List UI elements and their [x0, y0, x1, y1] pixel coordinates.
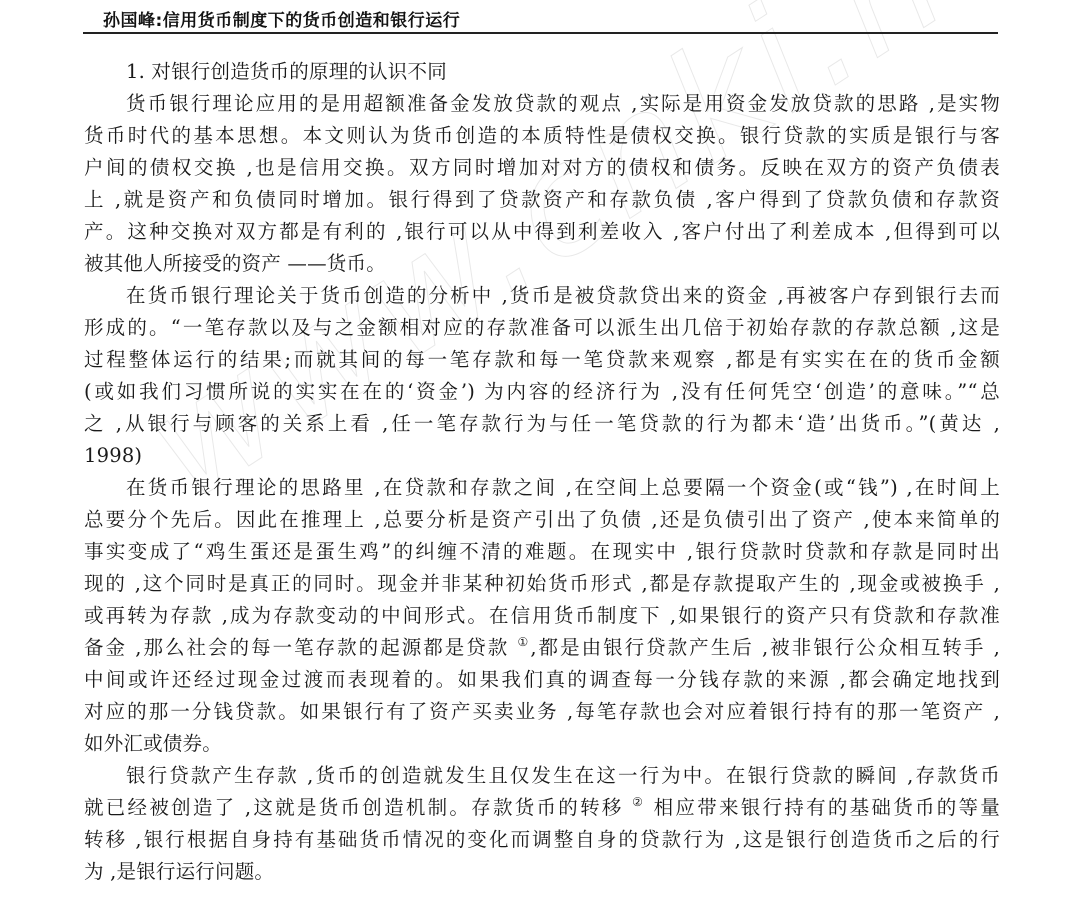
- line-text: 就已经被创造了 ,这就是货币创造机制。存款货币的转移: [84, 796, 632, 819]
- paragraph-3-line-7: 中间或许还经过现金过渡而表现着的。如果我们真的调查每一分钱存款的来源 ,都会确定…: [84, 664, 1000, 696]
- paragraph-4-line-2: 就已经被创造了 ,这就是货币创造机制。存款货币的转移 ② 相应带来银行持有的基础…: [84, 792, 1000, 824]
- paragraph-2-line-4: (或如我们习惯所说的实实在在的‘资金’) 为内容的经济行为 ,没有任何凭空‘创造…: [84, 376, 1000, 408]
- paragraph-1-line-4: 上 ,就是资产和负债同时增加。银行得到了贷款资产和存款负债 ,客户得到了贷款负债…: [84, 184, 1000, 216]
- paragraph-4-line-3: 转移 ,银行根据自身持有基础货币情况的变化而调整自身的贷款行为 ,这是银行创造货…: [84, 824, 1000, 856]
- footnote-marker-2[interactable]: ②: [632, 795, 645, 809]
- paragraph-2-line-6: 1998): [84, 440, 1000, 472]
- paragraph-3-line-8: 对应的那一分钱贷款。如果银行有了资产买卖业务 ,每笔存款也会对应着银行持有的那一…: [84, 696, 1000, 728]
- paragraph-3-line-6: 备金 ,那么社会的每一笔存款的起源都是贷款 ①,都是由银行贷款产生后 ,被非银行…: [84, 632, 1000, 664]
- paragraph-3-line-4: 现的 ,这个同时是真正的同时。现金并非某种初始货币形式 ,都是存款提取产生的 ,…: [84, 568, 1000, 600]
- paragraph-2-line-2: 形成的。“一笔存款以及与之金额相对应的存款准备可以派生出几倍于初始存款的存款总额…: [84, 312, 1000, 344]
- running-title: 孙国峰:信用货币制度下的货币创造和银行运行: [103, 6, 460, 31]
- paragraph-1-line-1: 货币银行理论应用的是用超额准备金发放贷款的观点 ,实际是用资金发放贷款的思路 ,…: [84, 88, 1000, 120]
- paragraph-4-line-1: 银行贷款产生存款 ,货币的创造就发生且仅发生在这一行为中。在银行贷款的瞬间 ,存…: [84, 760, 1000, 792]
- line-text: 备金 ,那么社会的每一笔存款的起源都是贷款: [84, 636, 518, 659]
- line-text: ,都是由银行贷款产生后 ,被非银行公众相互转手 ,: [530, 636, 1000, 659]
- paragraph-2-line-1: 在货币银行理论关于货币创造的分析中 ,货币是被贷款贷出来的资金 ,再被客户存到银…: [84, 280, 1000, 312]
- footnote-marker-1[interactable]: ①: [518, 635, 531, 649]
- line-text: 相应带来银行持有的基础货币的等量: [645, 796, 1000, 819]
- paragraph-2-line-3: 过程整体运行的结果;而就其间的每一笔存款和每一笔贷款来观察 ,都是有实实在在的货…: [84, 344, 1000, 376]
- paragraph-3-line-9: 如外汇或债券。: [84, 728, 1000, 760]
- section-heading: 1. 对银行创造货币的原理的认识不同: [84, 56, 1000, 88]
- paragraph-1-line-3: 户间的债权交换 ,也是信用交换。双方同时增加对对方的债权和债务。反映在双方的资产…: [84, 152, 1000, 184]
- article-body: 1. 对银行创造货币的原理的认识不同 货币银行理论应用的是用超额准备金发放贷款的…: [84, 56, 1000, 888]
- page-header: 孙国峰:信用货币制度下的货币创造和银行运行: [83, 4, 998, 34]
- paragraph-1-line-6: 被其他人所接受的资产 ——货币。: [84, 248, 1000, 280]
- paragraph-3-line-3: 事实变成了“鸡生蛋还是蛋生鸡”的纠缠不清的难题。在现实中 ,银行贷款时贷款和存款…: [84, 536, 1000, 568]
- paragraph-4-line-4: 为 ,是银行运行问题。: [84, 856, 1000, 888]
- paragraph-3-line-5: 或再转为存款 ,成为存款变动的中间形式。在信用货币制度下 ,如果银行的资产只有贷…: [84, 600, 1000, 632]
- paragraph-1-line-5: 产。这种交换对双方都是有利的 ,银行可以从中得到利差收入 ,客户付出了利差成本 …: [84, 216, 1000, 248]
- paragraph-3-line-1: 在货币银行理论的思路里 ,在贷款和存款之间 ,在空间上总要隔一个资金(或“钱”)…: [84, 472, 1000, 504]
- paragraph-1-line-2: 货币时代的基本思想。本文则认为货币创造的本质特性是债权交换。银行贷款的实质是银行…: [84, 120, 1000, 152]
- paragraph-3-line-2: 总要分个先后。因此在推理上 ,总要分析是资产引出了负债 ,还是负债引出了资产 ,…: [84, 504, 1000, 536]
- paragraph-2-line-5: 之 ,从银行与顾客的关系上看 ,任一笔存款行为与任一笔贷款的行为都未‘造’出货币…: [84, 408, 1000, 440]
